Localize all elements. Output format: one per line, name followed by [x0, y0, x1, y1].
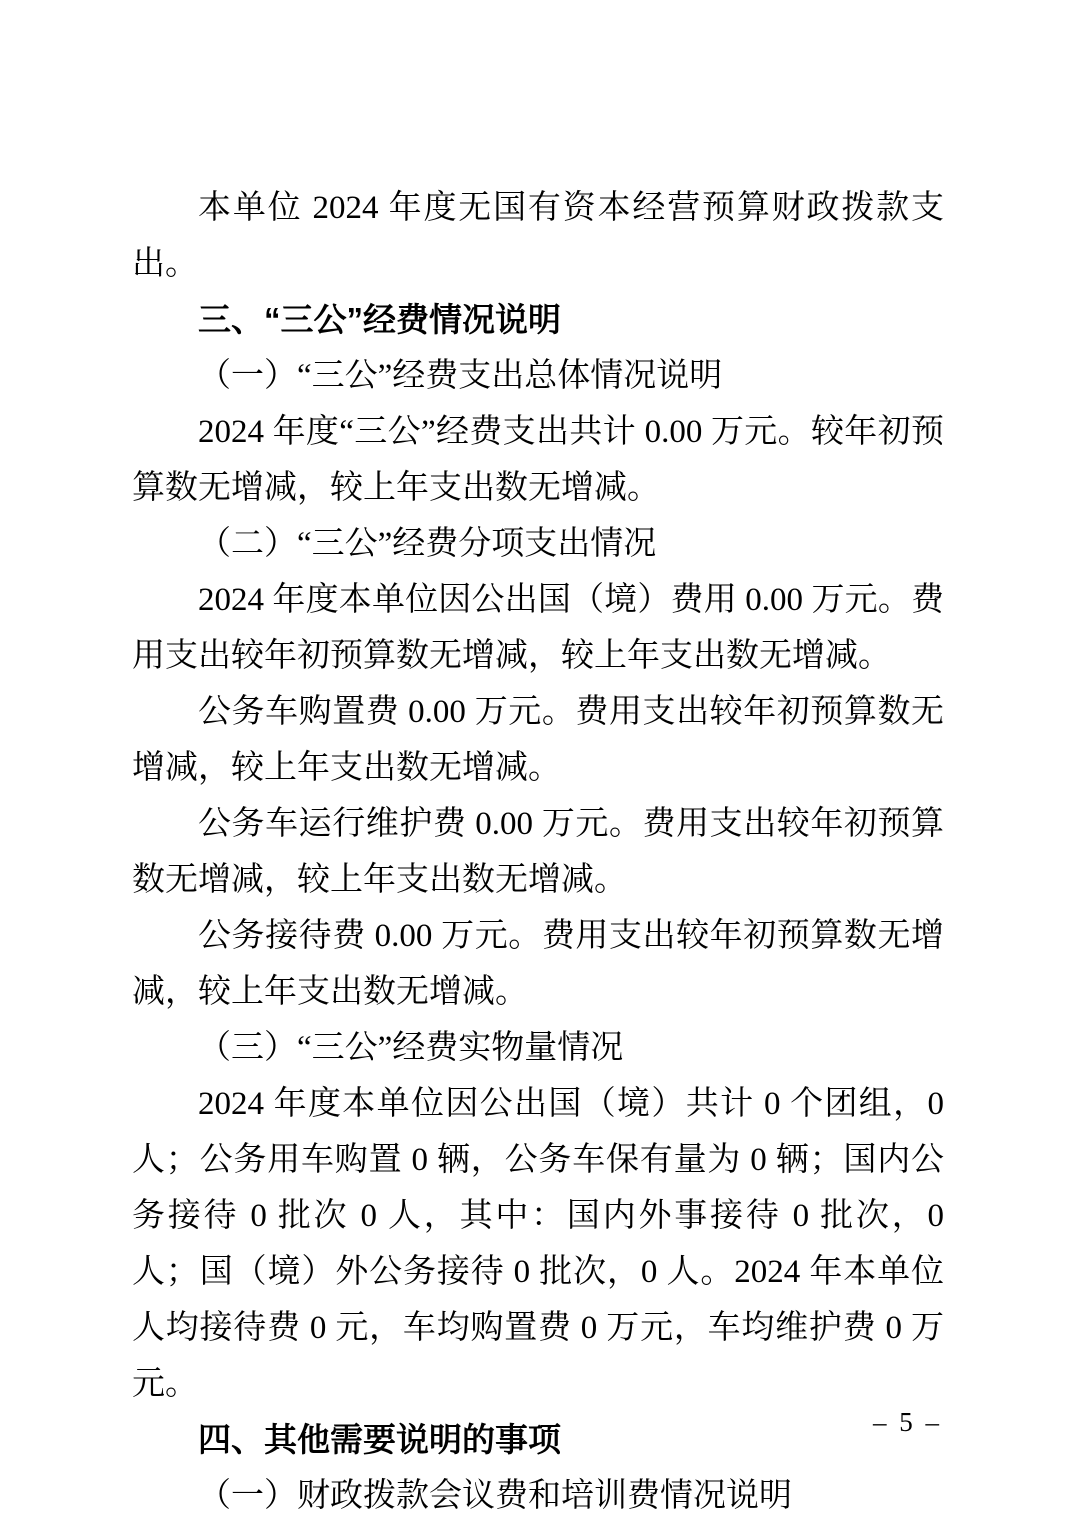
para-physical-quantity-detail: 2024 年度本单位因公出国（境）共计 0 个团组，0 人；公务用车购置 0 辆… [132, 1076, 944, 1412]
subheading-physical-quantity: （三）“三公”经费实物量情况 [132, 1020, 944, 1076]
subheading-itemized-expenditure: （二）“三公”经费分项支出情况 [132, 516, 944, 572]
subheading-overall-expenditure: （一）“三公”经费支出总体情况说明 [132, 348, 944, 404]
page-number: – 5 – [873, 1404, 942, 1440]
heading-three-public-funds: 三、“三公”经费情况说明 [132, 292, 944, 348]
para-vehicle-purchase-expense: 公务车购置费 0.00 万元。费用支出较年初预算数无增减，较上年支出数无增减。 [132, 684, 944, 796]
para-overseas-trip-expense: 2024 年度本单位因公出国（境）费用 0.00 万元。费用支出较年初预算数无增… [132, 572, 944, 684]
heading-other-matters: 四、其他需要说明的事项 [132, 1412, 944, 1468]
para-overall-expenditure: 2024 年度“三公”经费支出共计 0.00 万元。较年初预算数无增减，较上年支… [132, 404, 944, 516]
para-official-reception-expense: 公务接待费 0.00 万元。费用支出较年初预算数无增减，较上年支出数无增减。 [132, 908, 944, 1020]
subheading-meeting-training-fees: （一）财政拨款会议费和培训费情况说明 [132, 1468, 944, 1520]
para-vehicle-maintenance-expense: 公务车运行维护费 0.00 万元。费用支出较年初预算数无增减，较上年支出数无增减… [132, 796, 944, 908]
document-page: 本单位 2024 年度无国有资本经营预算财政拨款支出。 三、“三公”经费情况说明… [0, 0, 1075, 1520]
para-no-state-capital-expenditure: 本单位 2024 年度无国有资本经营预算财政拨款支出。 [132, 180, 944, 292]
document-body: 本单位 2024 年度无国有资本经营预算财政拨款支出。 三、“三公”经费情况说明… [132, 180, 944, 1520]
